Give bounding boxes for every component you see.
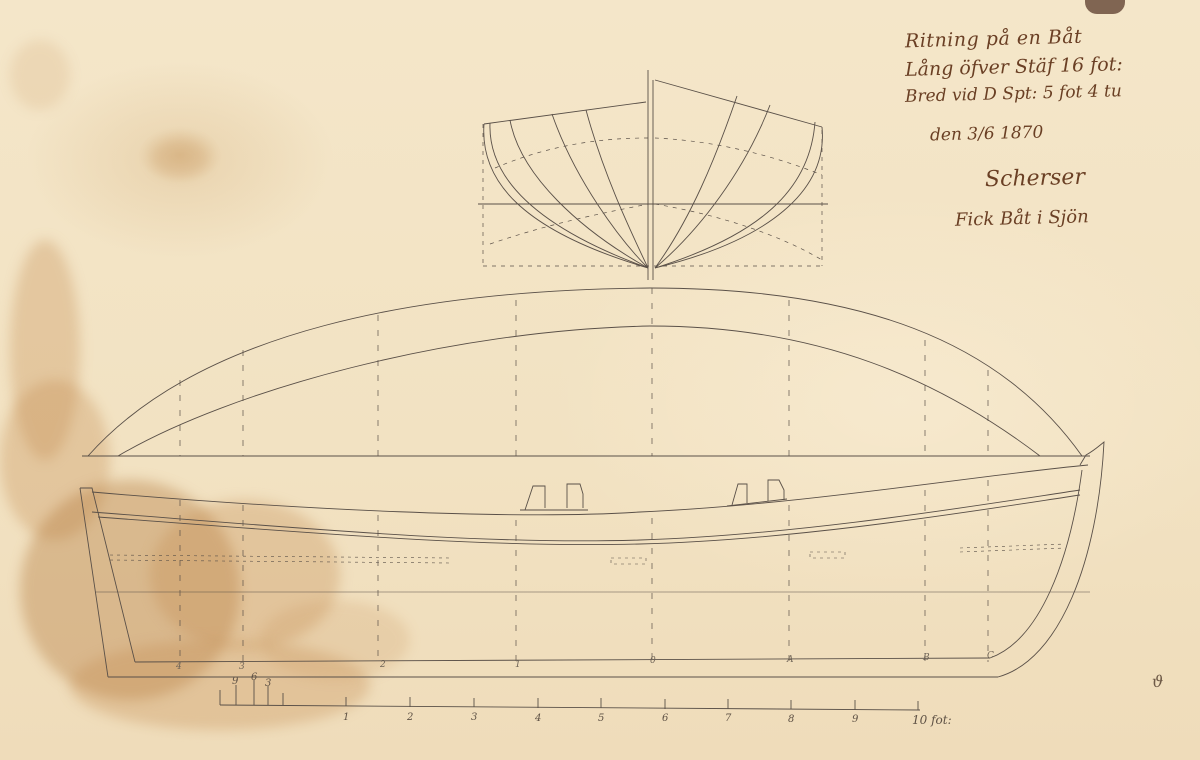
scale-unit-label: 10 fot:	[912, 713, 952, 727]
drawing-sheet: 9 6 3 1 2 3 4 5 6 7 8 9 10 fot: 4 3 2 1 …	[0, 0, 1200, 760]
annotation-title: Ritning på en Båt	[905, 26, 1083, 53]
station-label-a: A	[787, 655, 794, 665]
station-label-c: C	[987, 651, 994, 661]
scale-tick-7: 7	[725, 713, 731, 724]
corner-mark: ϑ	[1152, 672, 1164, 691]
scale-tick-6: 6	[662, 713, 668, 724]
scale-bar	[220, 680, 920, 710]
half-breadth-plan	[82, 288, 1090, 456]
sheer-profile	[80, 442, 1104, 677]
station-label-3: 3	[239, 662, 245, 672]
scale-sub-9: 9	[232, 676, 238, 687]
scale-tick-3: 3	[471, 712, 477, 723]
station-label-b: B	[923, 653, 930, 663]
scale-sub-6: 6	[251, 672, 257, 683]
station-label-4: 4	[176, 662, 182, 672]
scale-tick-2: 2	[407, 712, 413, 723]
scale-tick-5: 5	[598, 713, 604, 724]
scale-tick-8: 8	[788, 714, 794, 725]
boat-plan-drawing	[0, 0, 1200, 760]
annotation-signature: Scherser	[985, 165, 1086, 193]
scale-tick-4: 4	[535, 713, 541, 724]
scale-tick-9: 9	[852, 714, 858, 725]
body-plan	[478, 70, 828, 280]
station-label-2: 2	[380, 660, 386, 670]
scale-sub-3: 3	[265, 678, 271, 689]
annotation-date: den 3/6 1870	[930, 123, 1044, 146]
scale-tick-1: 1	[343, 712, 349, 723]
station-label-0: 0	[650, 656, 656, 666]
annotation-launch-note: Fick Båt i Sjön	[955, 206, 1089, 230]
station-label-1: 1	[515, 660, 521, 670]
